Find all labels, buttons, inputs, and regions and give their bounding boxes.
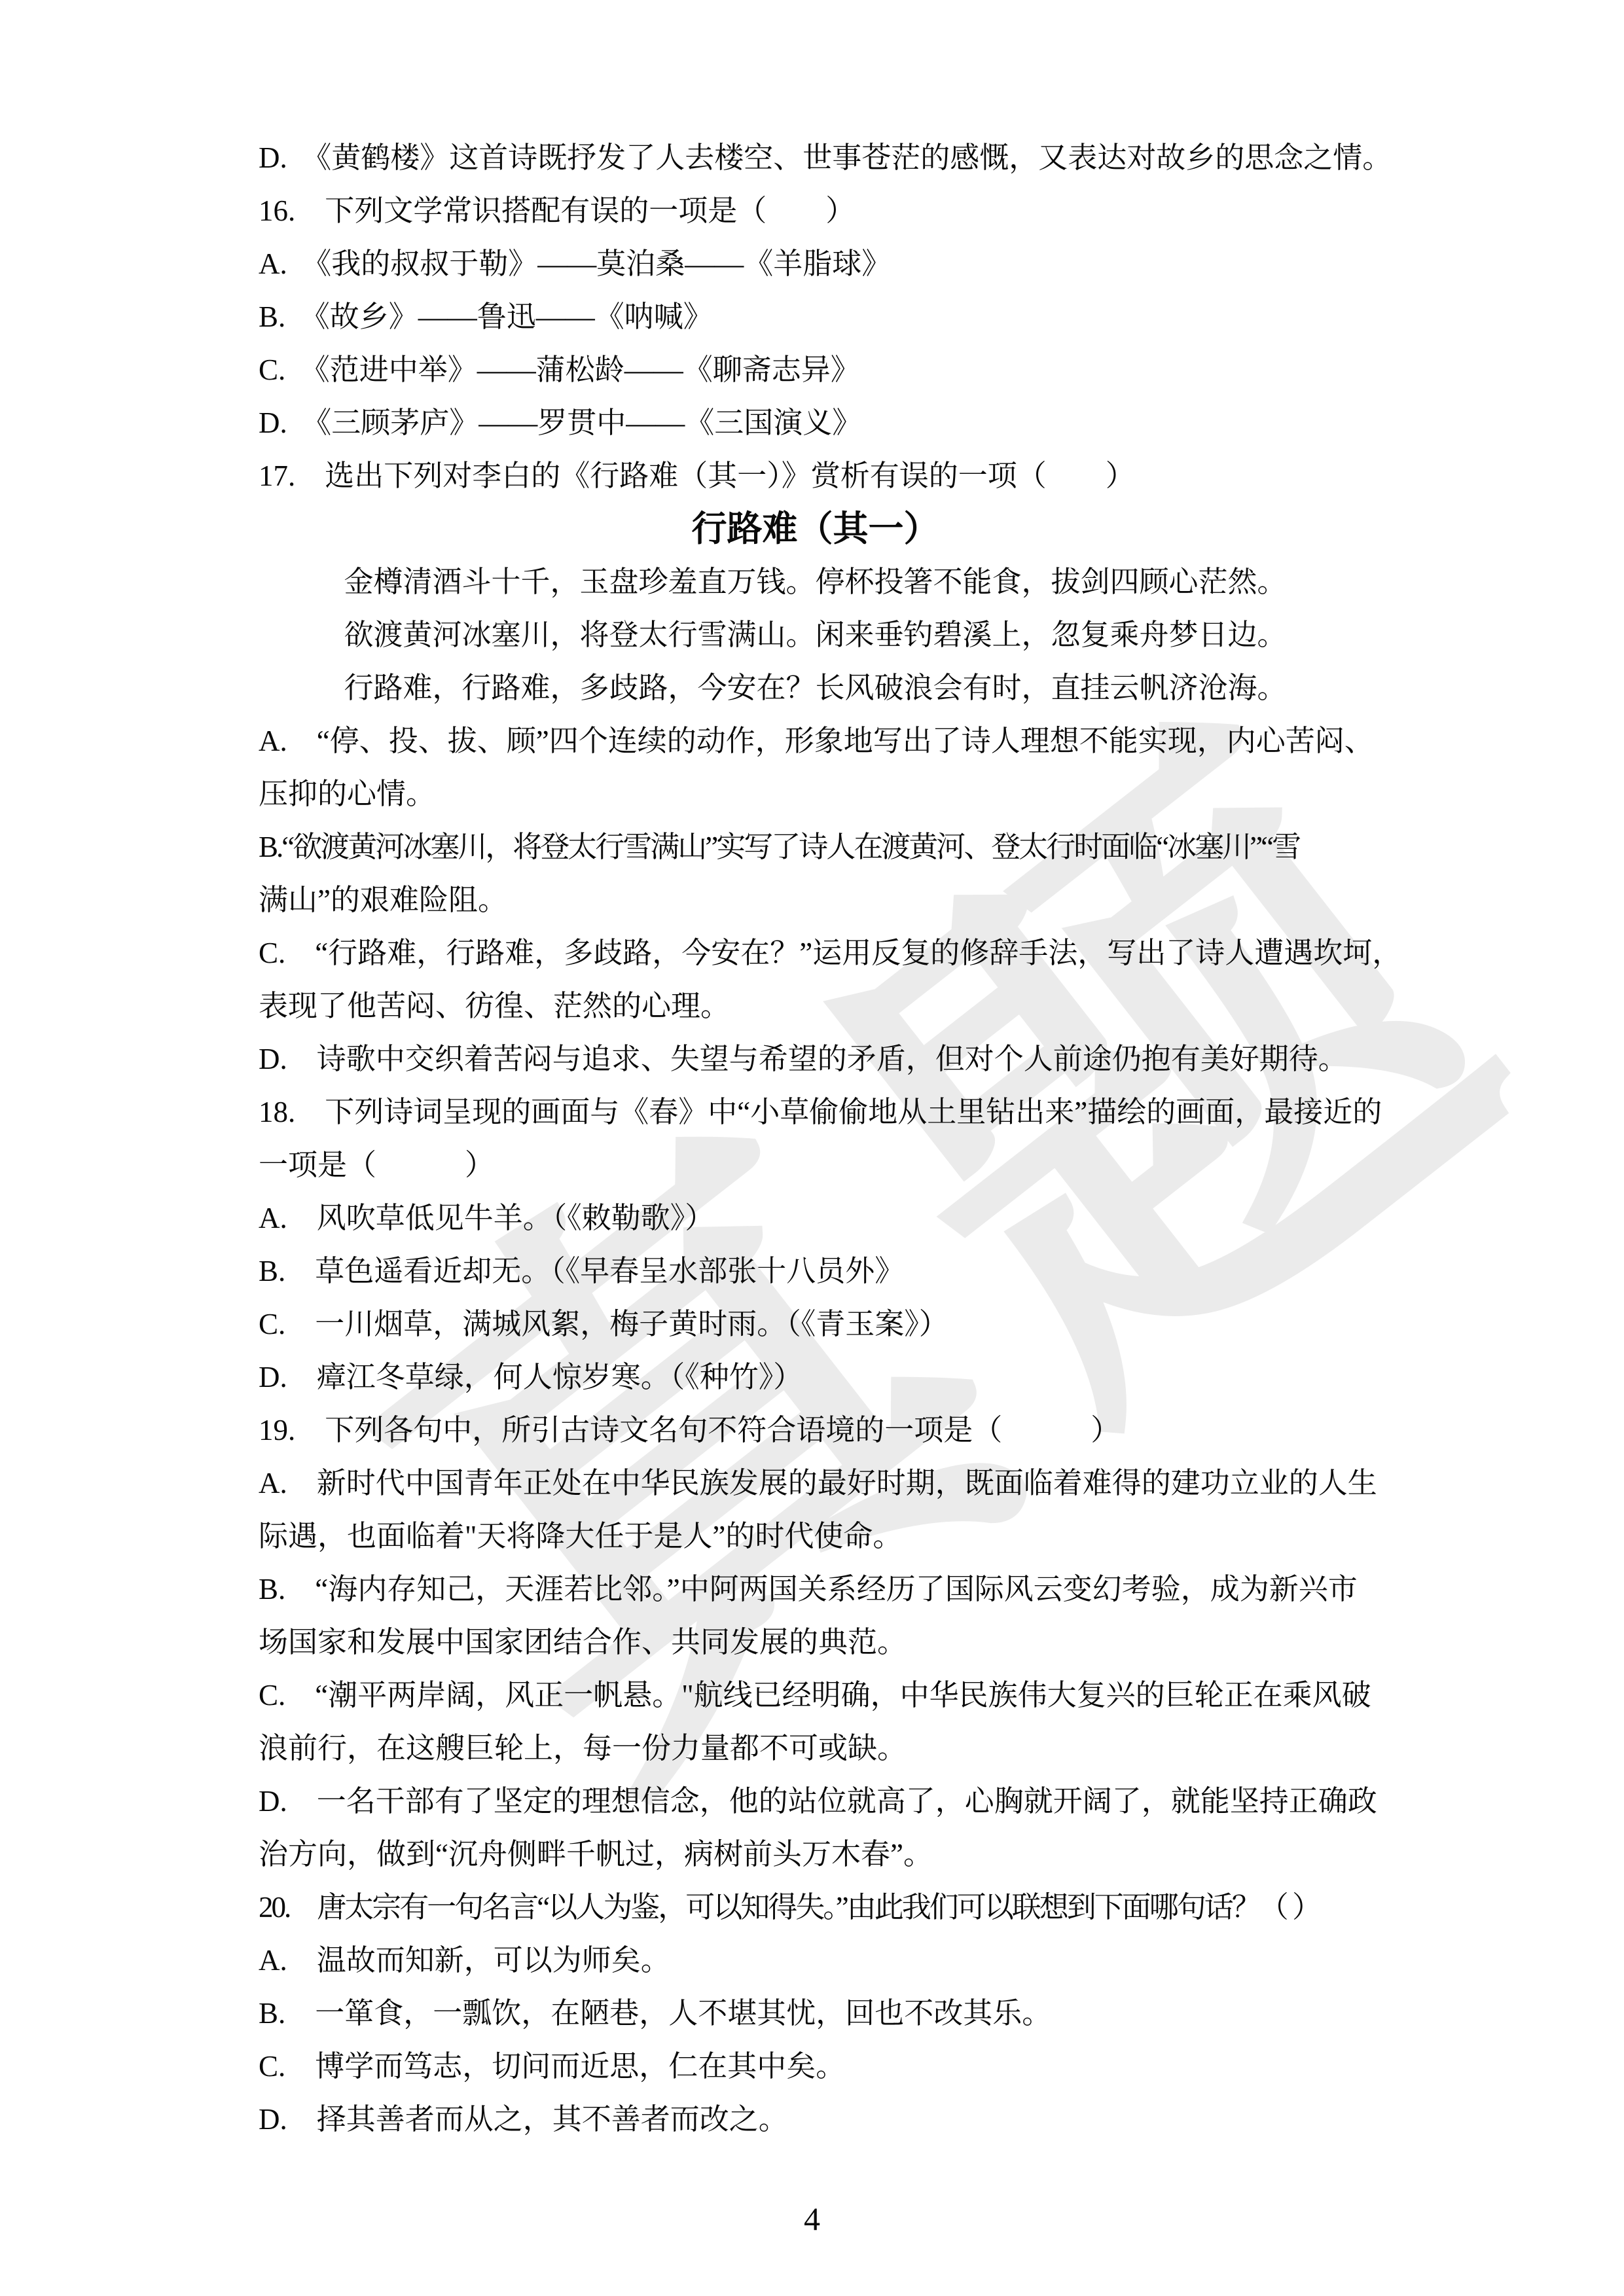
text-line: D. 瘴江冬草绿，何人惊岁寒。（《种竹》）	[259, 1351, 1372, 1404]
document-body: D. 《黄鹤楼》这首诗既抒发了人去楼空、世事苍茫的感慨，又表达对故乡的思念之情。…	[259, 132, 1372, 2146]
text-line: 压抑的心情。	[259, 768, 1372, 821]
exam-page: 真题 D. 《黄鹤楼》这首诗既抒发了人去楼空、世事苍茫的感慨，又表达对故乡的思念…	[0, 0, 1624, 2296]
text-line: B. 《故乡》——鲁迅——《呐喊》	[259, 291, 1372, 344]
text-line: D. 诗歌中交织着苦闷与追求、失望与希望的矛盾，但对个人前途仍抱有美好期待。	[259, 1033, 1372, 1086]
text-line: B. 一箪食，一瓢饮，在陋巷，人不堪其忧，回也不改其乐。	[259, 1987, 1372, 2040]
text-line: D. 一名干部有了坚定的理想信念，他的站位就高了，心胸就开阔了，就能坚持正确政	[259, 1775, 1372, 1828]
poem-line: 行路难，行路难，多歧路，今安在？长风破浪会有时，直挂云帆济沧海。	[259, 662, 1372, 715]
text-line: C. 一川烟草，满城风絮，梅子黄时雨。（《青玉案》）	[259, 1298, 1372, 1351]
text-line: B. “海内存知己，天涯若比邻。”中阿两国关系经历了国际风云变幻考验，成为新兴市	[259, 1563, 1372, 1616]
text-line: C. “潮平两岸阔，风正一帆悬。"航线已经明确，中华民族伟大复兴的巨轮正在乘风破	[259, 1669, 1372, 1722]
text-line: B.“欲渡黄河冰塞川，将登太行雪满山”实写了诗人在渡黄河、登太行时面临“冰塞川”…	[259, 821, 1372, 874]
text-line: A. 风吹草低见牛羊。（《敕勒歌》）	[259, 1192, 1372, 1245]
text-line: 场国家和发展中国家团结合作、共同发展的典范。	[259, 1616, 1372, 1669]
text-line: 19. 下列各句中，所引古诗文名句不符合语境的一项是（ ）	[259, 1404, 1372, 1457]
text-line: A. 新时代中国青年正处在中华民族发展的最好时期，既面临着难得的建功立业的人生	[259, 1457, 1372, 1510]
poem-line: 金樽清酒斗十千，玉盘珍羞直万钱。停杯投箸不能食，拔剑四顾心茫然。	[259, 556, 1372, 609]
text-line: C. “行路难，行路难，多歧路，今安在？”运用反复的修辞手法，写出了诗人遭遇坎坷…	[259, 927, 1372, 980]
text-line: 17. 选出下列对李白的《行路难（其一）》赏析有误的一项（ ）	[259, 450, 1372, 503]
poem-title: 行路难（其一）	[259, 503, 1372, 556]
text-line: D. 《黄鹤楼》这首诗既抒发了人去楼空、世事苍茫的感慨，又表达对故乡的思念之情。	[259, 132, 1372, 185]
page-number: 4	[0, 2194, 1624, 2244]
text-line: A. 温故而知新，可以为师矣。	[259, 1934, 1372, 1987]
text-line: B. 草色遥看近却无。（《早春呈水部张十八员外》	[259, 1245, 1372, 1298]
text-line: 浪前行，在这艘巨轮上，每一份力量都不可或缺。	[259, 1722, 1372, 1775]
text-line: D. 择其善者而从之，其不善者而改之。	[259, 2093, 1372, 2146]
text-line: 治方向，做到“沉舟侧畔千帆过，病树前头万木春”。	[259, 1828, 1372, 1881]
poem-line: 欲渡黄河冰塞川，将登太行雪满山。闲来垂钓碧溪上，忽复乘舟梦日边。	[259, 609, 1372, 662]
text-line: C. 博学而笃志，切问而近思，仁在其中矣。	[259, 2040, 1372, 2093]
text-line: 满山”的艰难险阻。	[259, 874, 1372, 927]
text-line: D. 《三顾茅庐》——罗贯中——《三国演义》	[259, 397, 1372, 450]
text-line: 16. 下列文学常识搭配有误的一项是（ ）	[259, 185, 1372, 238]
text-line: C. 《范进中举》——蒲松龄——《聊斋志异》	[259, 344, 1372, 397]
text-line: 表现了他苦闷、彷徨、茫然的心理。	[259, 980, 1372, 1033]
text-line: 18. 下列诗词呈现的画面与《春》中“小草偷偷地从土里钻出来”描绘的画面，最接近…	[259, 1086, 1372, 1139]
text-line: 一项是（ ）	[259, 1139, 1372, 1192]
text-line: 20. 唐太宗有一句名言“以人为鉴，可以知得失。”由此我们可以联想到下面哪句话？…	[259, 1881, 1372, 1934]
text-line: A. 《我的叔叔于勒》——莫泊桑——《羊脂球》	[259, 238, 1372, 291]
text-line: 际遇，也面临着"天将降大任于是人”的时代使命。	[259, 1510, 1372, 1563]
text-line: A. “停、投、拔、顾”四个连续的动作，形象地写出了诗人理想不能实现，内心苦闷、	[259, 715, 1372, 768]
